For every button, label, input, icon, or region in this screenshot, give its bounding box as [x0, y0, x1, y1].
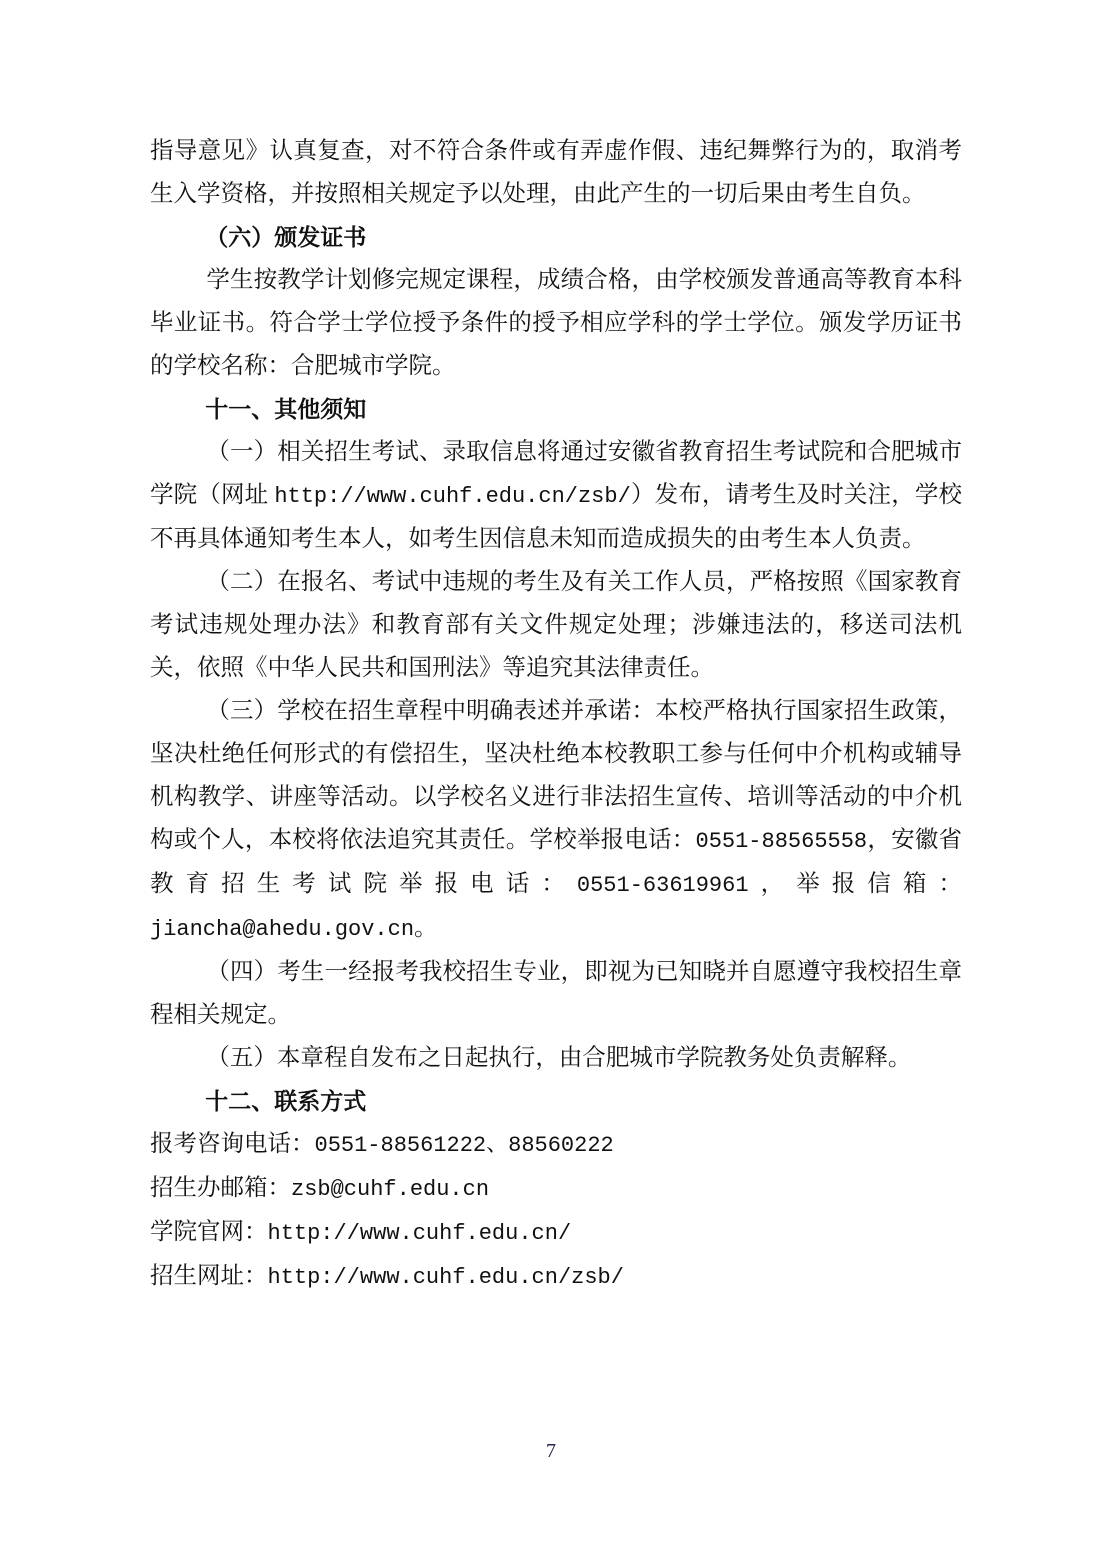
- admissions-info-url: http://www.cuhf.edu.cn/zsb/: [274, 484, 630, 509]
- notice-three-text-4: 。: [414, 915, 438, 941]
- report-email: jiancha@ahedu.gov.cn: [150, 917, 414, 942]
- paragraph-notice-two: （二）在报名、考试中违规的考生及有关工作人员，严格按照《国家教育考试违规处理办法…: [150, 561, 962, 690]
- contact-email-label: 招生办邮箱：: [150, 1175, 291, 1201]
- contact-phone-line: 报考咨询电话：0551-88561222、88560222: [150, 1123, 962, 1167]
- heading-section-eleven-other-notes: 十一、其他须知: [150, 388, 962, 431]
- document-page: 指导意见》认真复查，对不符合条件或有弄虚作假、违纪舞弊行为的，取消考生入学资格，…: [0, 0, 1102, 1559]
- notice-three-text-3: ，举报信箱：: [749, 871, 962, 897]
- document-body: 指导意见》认真复查，对不符合条件或有弄虚作假、违纪舞弊行为的，取消考生入学资格，…: [150, 130, 962, 1299]
- heading-section-twelve-contact: 十二、联系方式: [150, 1080, 962, 1123]
- school-report-phone: 0551-88565558: [696, 829, 868, 854]
- contact-admissions-url-label: 招生网址：: [150, 1263, 268, 1289]
- contact-website-value: http://www.cuhf.edu.cn/: [268, 1221, 572, 1246]
- paragraph-notice-one: （一）相关招生考试、录取信息将通过安徽省教育招生考试院和合肥城市学院（网址 ht…: [150, 431, 962, 561]
- contact-email-value: zsb@cuhf.edu.cn: [291, 1177, 489, 1202]
- contact-phone-label: 报考咨询电话：: [150, 1131, 315, 1157]
- contact-phone-value: 0551-88561222、88560222: [315, 1133, 614, 1158]
- page-number: 7: [0, 1440, 1102, 1463]
- paragraph-notice-five: （五）本章程自发布之日起执行，由合肥城市学院教务处负责解释。: [150, 1037, 962, 1080]
- provincial-report-phone: 0551-63619961: [577, 873, 749, 898]
- contact-email-line: 招生办邮箱：zsb@cuhf.edu.cn: [150, 1167, 962, 1211]
- heading-section-six-certificates: （六）颁发证书: [150, 216, 962, 259]
- paragraph-notice-four: （四）考生一经报考我校招生专业，即视为已知晓并自愿遵守我校招生章程相关规定。: [150, 951, 962, 1037]
- paragraph-continuation: 指导意见》认真复查，对不符合条件或有弄虚作假、违纪舞弊行为的，取消考生入学资格，…: [150, 130, 962, 216]
- paragraph-notice-three: （三）学校在招生章程中明确表述并承诺：本校严格执行国家招生政策，坚决杜绝任何形式…: [150, 690, 962, 951]
- contact-admissions-url-line: 招生网址：http://www.cuhf.edu.cn/zsb/: [150, 1255, 962, 1299]
- paragraph-certificate-issuance: 学生按教学计划修完规定课程，成绩合格，由学校颁发普通高等教育本科毕业证书。符合学…: [150, 259, 962, 388]
- contact-website-label: 学院官网：: [150, 1219, 268, 1245]
- contact-admissions-url-value: http://www.cuhf.edu.cn/zsb/: [268, 1265, 624, 1290]
- contact-website-line: 学院官网：http://www.cuhf.edu.cn/: [150, 1211, 962, 1255]
